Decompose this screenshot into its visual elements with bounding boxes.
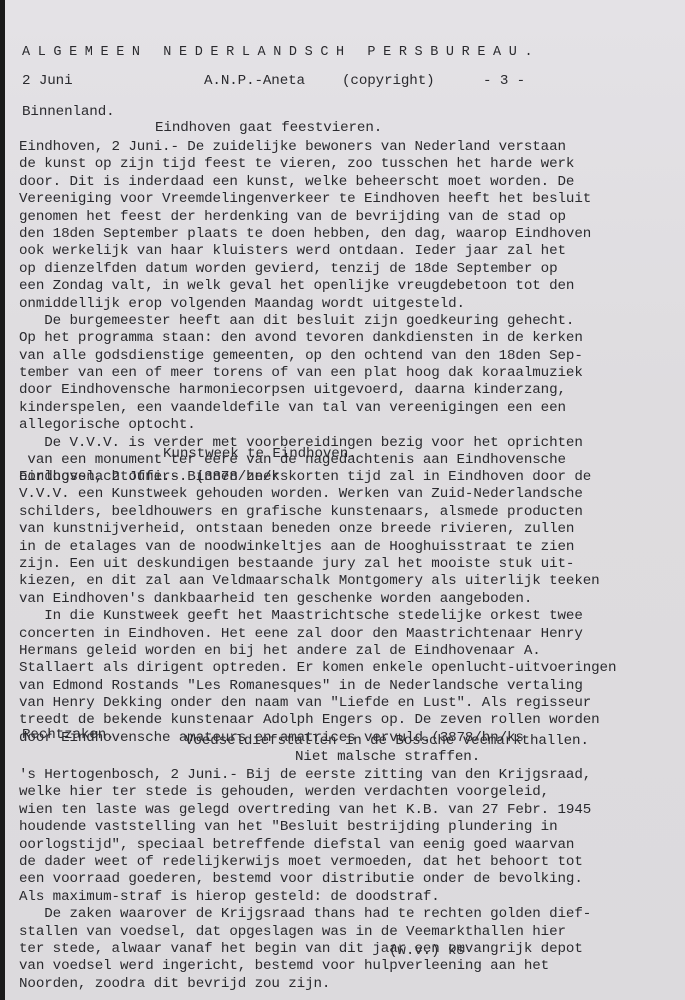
text-line: van Eindhoven's dankbaarheid ten geschen…: [19, 591, 616, 608]
text-line: zijn. Een uit deskundigen bestaande jury…: [19, 556, 616, 573]
text-line: van alle godsdienstige gemeenten, op den…: [19, 348, 591, 365]
article-body: Eindhoven, 2 Juni.- Binnen zeer korten t…: [19, 469, 616, 747]
text-line: De zaken waarover de Krijgsraad thans ha…: [19, 906, 591, 923]
text-line: de dader weet of redelijkerwijs moet ver…: [19, 854, 591, 871]
text-line: concerten in Eindhoven. Het eene zal doo…: [19, 626, 616, 643]
copyright-notice: (copyright): [342, 73, 435, 90]
signoff: (w.v.) ks: [389, 943, 465, 960]
article-body: 's Hertogenbosch, 2 Juni.- Bij de eerste…: [19, 767, 591, 993]
text-line: stallen van voedsel, dat opgeslagen was …: [19, 924, 591, 941]
text-line: houdende vaststelling van het "Besluit b…: [19, 819, 591, 836]
text-line: Als maximum-straf is hierop gesteld: de …: [19, 889, 591, 906]
agency-name: A.N.P.-Aneta: [204, 73, 305, 90]
text-line: kinderspelen, een vaandeldefile van tal …: [19, 400, 591, 417]
text-line: In die Kunstweek geeft het Maastrichtsch…: [19, 608, 616, 625]
text-line: door Eindhovensche harmoniecorpsen uitge…: [19, 382, 591, 399]
text-line: ook werkelijk van haar kluisters werd on…: [19, 243, 591, 260]
text-line: op dienzelfden datum worden gevierd, ten…: [19, 261, 591, 278]
article-subtitle: Niet malsche straffen.: [295, 749, 480, 766]
text-line: Vereeniging voor Vreemdelingenverkeer te…: [19, 191, 591, 208]
text-line: Eindhoven, 2 Juni.- Binnen zeer korten t…: [19, 469, 616, 486]
section-binnenland: Binnenland.: [22, 104, 115, 121]
text-line: 's Hertogenbosch, 2 Juni.- Bij de eerste…: [19, 767, 591, 784]
text-line: Noorden, zoodra dit bevrijd zou zijn.: [19, 976, 591, 993]
text-line: kiezen, en dit zal aan Veldmaarschalk Mo…: [19, 573, 616, 590]
text-line: V.V.V. een Kunstweek gehouden worden. We…: [19, 486, 616, 503]
text-line: van Edmond Rostands "Les Romanesques" in…: [19, 678, 616, 695]
text-line: onmiddellijk erop volgenden Maandag word…: [19, 296, 591, 313]
text-line: schilders, beeldhouwers en grafische kun…: [19, 504, 616, 521]
text-line: door. Dit is inderdaad een kunst, welke …: [19, 174, 591, 191]
article-body: Eindhoven, 2 Juni.- De zuidelijke bewone…: [19, 139, 591, 487]
text-line: De burgemeester heeft aan dit besluit zi…: [19, 313, 591, 330]
text-line: oorlogstijd", speciaal betreffende diefs…: [19, 837, 591, 854]
text-line: de kunst op zijn tijd feest te vieren, z…: [19, 156, 591, 173]
section-rechtzaken: Rechtzaken.: [22, 727, 115, 744]
text-line: Stallaert als dirigent optreden. Er kome…: [19, 660, 616, 677]
text-line: den 18den September plaats te doen hebbe…: [19, 226, 591, 243]
text-line: allegorische optocht.: [19, 417, 591, 434]
dateline-date: 2 Juni: [22, 73, 72, 90]
article-title: Eindhoven gaat feestvieren.: [155, 120, 382, 137]
document-page: ALGEMEEN NEDERLANDSCH PERSBUREAU. 2 Juni…: [5, 0, 685, 1000]
text-line: welke hier ter stede is gehouden, werden…: [19, 784, 591, 801]
text-line: Op het programma staan: den avond tevore…: [19, 330, 591, 347]
page-number: - 3 -: [483, 73, 525, 90]
text-line: Hermans geleid worden en bij het andere …: [19, 643, 616, 660]
text-line: een Zondag valt, in welk geval het openl…: [19, 278, 591, 295]
typewritten-document: ALGEMEEN NEDERLANDSCH PERSBUREAU. 2 Juni…: [5, 0, 685, 1000]
text-line: van voedsel werd ingericht, bestemd voor…: [19, 958, 591, 975]
text-line: wien ten laste was gelegd overtreding va…: [19, 802, 591, 819]
text-line: ter stede, alwaar vanaf het begin van di…: [19, 941, 591, 958]
text-line: een voorraad goederen, bestemd voor dist…: [19, 871, 591, 888]
article-title: Voedseldiefstallen in de Bossche veemark…: [185, 733, 589, 750]
text-line: tember van een of meer torens of van een…: [19, 365, 591, 382]
masthead: ALGEMEEN NEDERLANDSCH PERSBUREAU.: [22, 44, 540, 61]
article-title: Kunstweek te Eindhoven.: [163, 446, 357, 463]
text-line: in de etalages van de noodwinkeltjes aan…: [19, 539, 616, 556]
text-line: genomen het feest der herdenking van de …: [19, 209, 591, 226]
text-line: van kunstnijverheid, ontstaan beneden on…: [19, 521, 616, 538]
text-line: Eindhoven, 2 Juni.- De zuidelijke bewone…: [19, 139, 591, 156]
text-line: van Henry Dekking onder den naam van "Li…: [19, 695, 616, 712]
